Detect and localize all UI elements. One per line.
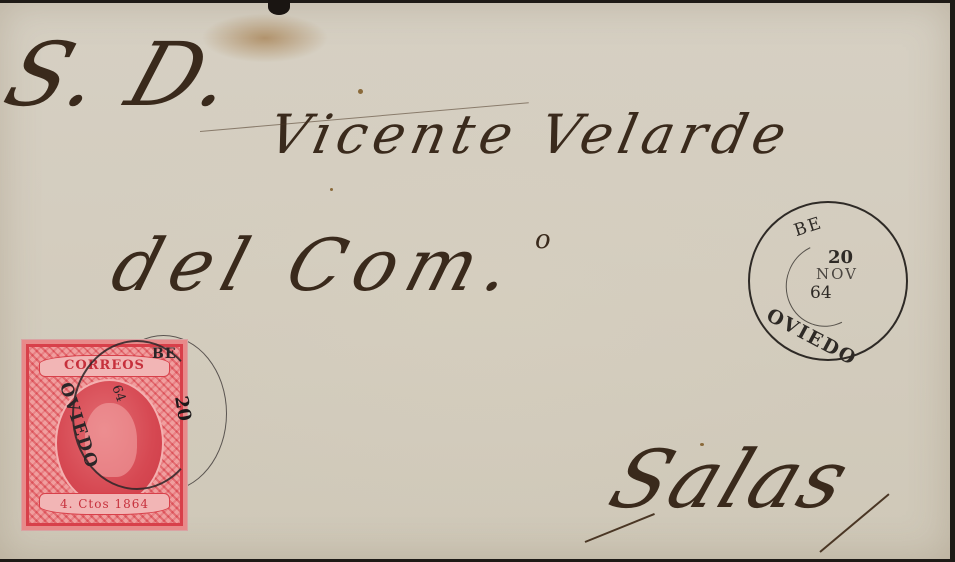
paper-speck [358, 89, 363, 94]
paper-speck [330, 188, 333, 191]
address-line-1-name: Vicente Velarde [263, 103, 797, 166]
postmark-month: NOV [816, 265, 858, 283]
postage-stamp: CORREOS 4. Ctos 1864 BE OVIEDO 64 20 [22, 340, 187, 530]
ink-blot [268, 0, 290, 15]
stamp-cancel-day: 20 [170, 394, 195, 422]
envelope: S. D. Vicente Velarde del Com. o Salas B… [0, 3, 950, 559]
postmark-year: 64 [810, 283, 832, 303]
address-line-2: del Com. [103, 223, 531, 307]
circular-postmark: BE 20 NOV 64 OVIEDO [748, 201, 908, 361]
address-line-2-superscript: o [535, 225, 551, 255]
postmark-town: BE [792, 213, 826, 241]
background-edge [950, 0, 955, 562]
address-line-3-town: Salas [598, 433, 864, 526]
stamp-cancel-town: BE [152, 346, 177, 362]
address-line-1-prefix: S. D. [0, 23, 250, 126]
stamp-bottom-banner: 4. Ctos 1864 [39, 493, 170, 515]
